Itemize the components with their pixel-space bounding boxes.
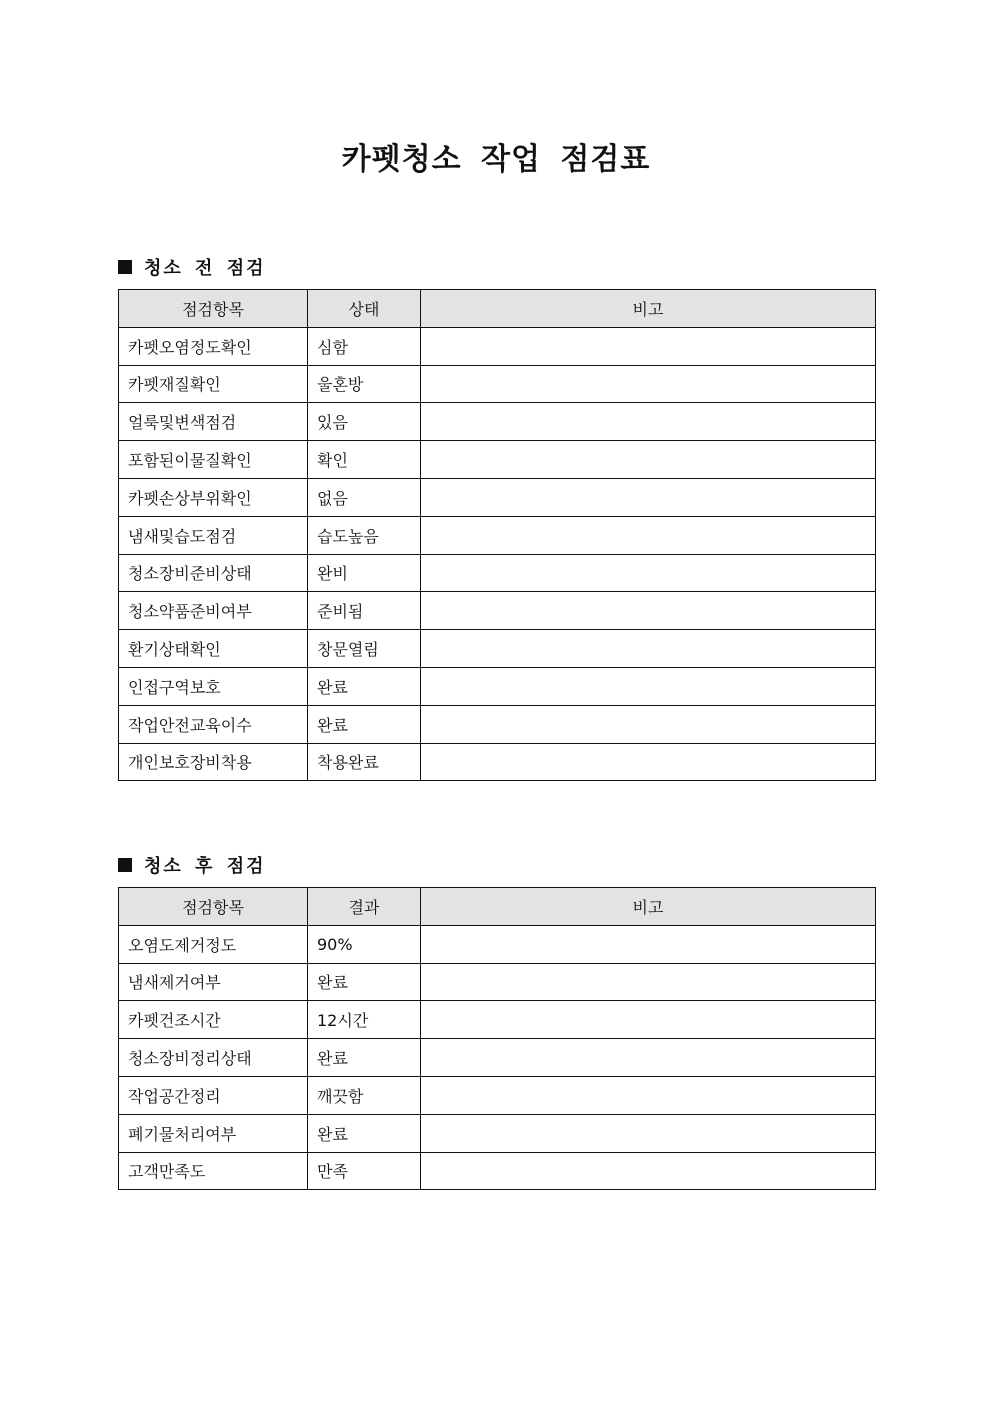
value-cell: 완료	[308, 667, 421, 705]
item-cell: 개인보호장비착용	[119, 743, 308, 781]
remarks-cell[interactable]	[421, 743, 876, 781]
item-cell: 포함된이물질확인	[119, 441, 308, 479]
table-row: 고객만족도만족	[119, 1152, 876, 1190]
item-cell: 고객만족도	[119, 1152, 308, 1190]
document-title: 카펫청소 작업 점검표	[0, 134, 992, 178]
square-bullet-icon	[118, 858, 132, 872]
post-cleaning-table: 점검항목 결과 비고 오염도제거정도90%냄새제거여부완료카펫건조시간12시간청…	[118, 887, 876, 1190]
table-row: 포함된이물질확인확인	[119, 441, 876, 479]
value-cell: 완료	[308, 1114, 421, 1152]
remarks-cell[interactable]	[421, 478, 876, 516]
column-header-status: 상태	[308, 290, 421, 328]
column-header-item: 점검항목	[119, 888, 308, 926]
square-bullet-icon	[118, 260, 132, 274]
remarks-cell[interactable]	[421, 630, 876, 668]
item-cell: 청소약품준비여부	[119, 592, 308, 630]
value-cell: 깨끗함	[308, 1076, 421, 1114]
column-header-remarks: 비고	[421, 888, 876, 926]
column-header-remarks: 비고	[421, 290, 876, 328]
column-header-item: 점검항목	[119, 290, 308, 328]
value-cell: 확인	[308, 441, 421, 479]
value-cell: 12시간	[308, 1001, 421, 1039]
item-cell: 청소장비정리상태	[119, 1039, 308, 1077]
value-cell: 울혼방	[308, 365, 421, 403]
table-row: 카펫오염정도확인심함	[119, 327, 876, 365]
remarks-cell[interactable]	[421, 1114, 876, 1152]
remarks-cell[interactable]	[421, 1152, 876, 1190]
item-cell: 얼룩및변색점검	[119, 403, 308, 441]
value-cell: 완료	[308, 705, 421, 743]
table-row: 작업공간정리깨끗함	[119, 1076, 876, 1114]
item-cell: 청소장비준비상태	[119, 554, 308, 592]
item-cell: 냄새및습도점검	[119, 516, 308, 554]
item-cell: 카펫손상부위확인	[119, 478, 308, 516]
remarks-cell[interactable]	[421, 403, 876, 441]
table-row: 청소장비준비상태완비	[119, 554, 876, 592]
remarks-cell[interactable]	[421, 554, 876, 592]
value-cell: 완료	[308, 1039, 421, 1077]
item-cell: 폐기물처리여부	[119, 1114, 308, 1152]
item-cell: 환기상태확인	[119, 630, 308, 668]
value-cell: 있음	[308, 403, 421, 441]
section-heading-before: 청소 전 점검	[118, 254, 265, 280]
value-cell: 준비됨	[308, 592, 421, 630]
section-heading-after: 청소 후 점검	[118, 852, 265, 878]
table-header-row: 점검항목 상태 비고	[119, 290, 876, 328]
item-cell: 냄새제거여부	[119, 963, 308, 1001]
remarks-cell[interactable]	[421, 705, 876, 743]
item-cell: 작업공간정리	[119, 1076, 308, 1114]
table-row: 얼룩및변색점검있음	[119, 403, 876, 441]
table-row: 청소약품준비여부준비됨	[119, 592, 876, 630]
table-row: 환기상태확인창문열림	[119, 630, 876, 668]
remarks-cell[interactable]	[421, 516, 876, 554]
table-row: 카펫손상부위확인없음	[119, 478, 876, 516]
remarks-cell[interactable]	[421, 327, 876, 365]
item-cell: 카펫건조시간	[119, 1001, 308, 1039]
table-row: 청소장비정리상태완료	[119, 1039, 876, 1077]
item-cell: 카펫재질확인	[119, 365, 308, 403]
value-cell: 완비	[308, 554, 421, 592]
column-header-result: 결과	[308, 888, 421, 926]
section-heading-label: 청소 후 점검	[144, 852, 265, 878]
remarks-cell[interactable]	[421, 1039, 876, 1077]
table-row: 냄새제거여부완료	[119, 963, 876, 1001]
value-cell: 착용완료	[308, 743, 421, 781]
table-row: 오염도제거정도90%	[119, 925, 876, 963]
remarks-cell[interactable]	[421, 963, 876, 1001]
table-row: 카펫건조시간12시간	[119, 1001, 876, 1039]
value-cell: 창문열림	[308, 630, 421, 668]
item-cell: 오염도제거정도	[119, 925, 308, 963]
remarks-cell[interactable]	[421, 441, 876, 479]
item-cell: 작업안전교육이수	[119, 705, 308, 743]
table-row: 카펫재질확인울혼방	[119, 365, 876, 403]
table-row: 인접구역보호완료	[119, 667, 876, 705]
table-row: 개인보호장비착용착용완료	[119, 743, 876, 781]
table-row: 작업안전교육이수완료	[119, 705, 876, 743]
value-cell: 심함	[308, 327, 421, 365]
remarks-cell[interactable]	[421, 365, 876, 403]
table-row: 냄새및습도점검습도높음	[119, 516, 876, 554]
section-heading-label: 청소 전 점검	[144, 254, 265, 280]
pre-cleaning-table: 점검항목 상태 비고 카펫오염정도확인심함카펫재질확인울혼방얼룩및변색점검있음포…	[118, 289, 876, 781]
value-cell: 없음	[308, 478, 421, 516]
remarks-cell[interactable]	[421, 667, 876, 705]
value-cell: 습도높음	[308, 516, 421, 554]
remarks-cell[interactable]	[421, 592, 876, 630]
item-cell: 카펫오염정도확인	[119, 327, 308, 365]
value-cell: 완료	[308, 963, 421, 1001]
value-cell: 만족	[308, 1152, 421, 1190]
item-cell: 인접구역보호	[119, 667, 308, 705]
remarks-cell[interactable]	[421, 1001, 876, 1039]
remarks-cell[interactable]	[421, 1076, 876, 1114]
remarks-cell[interactable]	[421, 925, 876, 963]
table-header-row: 점검항목 결과 비고	[119, 888, 876, 926]
table-row: 폐기물처리여부완료	[119, 1114, 876, 1152]
value-cell: 90%	[308, 925, 421, 963]
